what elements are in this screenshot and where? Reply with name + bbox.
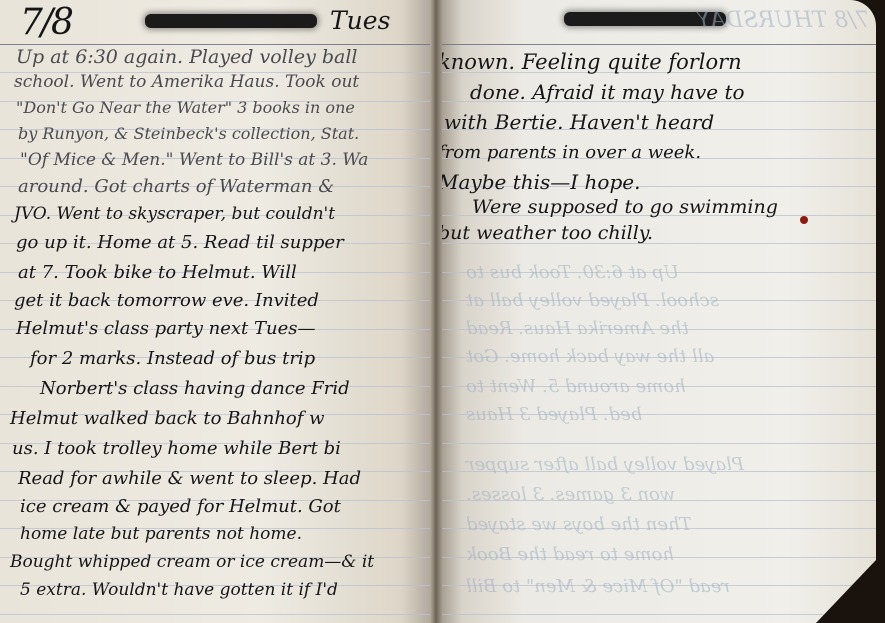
text-line: at 7. Took bike to Helmut. Will (18, 262, 297, 283)
text-line: "Of Mice & Men." Went to Bill's at 3. Wa (20, 150, 368, 170)
text-line: Bought whipped cream or ice cream—& it (10, 552, 374, 572)
left-page: 7/8 Tues Up at 6:30 again. Played volley… (0, 0, 436, 623)
text-line: Read for awhile & went to sleep. Had (18, 468, 361, 489)
text-line: JVO. Went to skyscraper, but couldn't (14, 204, 335, 224)
ruled-line (436, 443, 876, 444)
text-line: go up it. Home at 5. Read til supper (16, 232, 344, 253)
bleed-line: the Amerika Haus. Read (466, 318, 689, 339)
text-line: ice cream & payed for Helmut. Got (20, 496, 341, 517)
bleed-line: home to read the Book (466, 544, 674, 565)
bleed-line: home around 5. Went to (466, 376, 686, 397)
bleed-line: Then the boys we stayed (466, 514, 692, 535)
text-line: school. Went to Amerika Haus. Took out (14, 72, 359, 92)
text-line: Helmut walked back to Bahnhof w (10, 408, 325, 429)
bleed-line: read "Of Mice & Men" to Bill (466, 576, 730, 597)
bleed-line: all the way back home. Got (466, 346, 714, 367)
text-line: Up at 6:30 again. Played volley ball (16, 46, 358, 68)
text-line: around. Got charts of Waterman & (18, 176, 334, 197)
text-line: by Runyon, & Steinbeck's collection, Sta… (18, 124, 359, 143)
text-line: Were supposed to go swimming (472, 196, 778, 218)
text-line: us. I took trolley home while Bert bi (12, 438, 341, 459)
bleed-line: 7/8 THURSDAY (696, 8, 870, 33)
bleed-line: Up at 6:30. Took bus to (466, 262, 679, 283)
text-line: known. Feeling quite forlorn (438, 50, 742, 74)
entry-day: Tues (330, 6, 390, 35)
ink-spot (800, 216, 808, 224)
text-line: from parents in over a week. (438, 142, 701, 163)
header-rule (436, 44, 876, 45)
text-line: "Don't Go Near the Water" 3 books in one (16, 98, 355, 117)
header-rule (0, 44, 436, 45)
ruled-line (0, 614, 436, 615)
bleed-line: school. Played volley ball at (466, 290, 719, 311)
text-line: get it back tomorrow eve. Invited (14, 290, 319, 311)
text-line: 5 extra. Wouldn't have gotten it if I'd (20, 580, 338, 600)
bleed-line: Played volley ball after supper (466, 454, 744, 475)
left-page-header: 7/8 Tues (0, 0, 436, 44)
entry-date: 7/8 (20, 2, 72, 43)
text-line: home late but parents not home. (20, 524, 302, 544)
text-line: Helmut's class party next Tues— (16, 318, 316, 339)
right-page: 7/8 THURSDAY Up at 6:30. Took bus to sch… (436, 0, 876, 623)
diary-spread: 7/8 Tues Up at 6:30 again. Played volley… (0, 0, 885, 623)
text-line: done. Afraid it may have to (470, 80, 745, 104)
bleed-line: bed. Played 3 Haus (466, 404, 642, 425)
book-spine (430, 0, 442, 623)
text-line: with Bertie. Haven't heard (444, 110, 714, 134)
text-line: for 2 marks. Instead of bus trip (30, 348, 315, 369)
text-line: but weather too chilly. (438, 222, 653, 244)
ruled-line (436, 614, 876, 615)
text-line: Norbert's class having dance Frid (40, 378, 350, 399)
bleed-line: won 3 games. 3 losses. (466, 484, 675, 505)
text-line: Maybe this—I hope. (438, 170, 640, 194)
crossed-out-header (145, 14, 317, 28)
